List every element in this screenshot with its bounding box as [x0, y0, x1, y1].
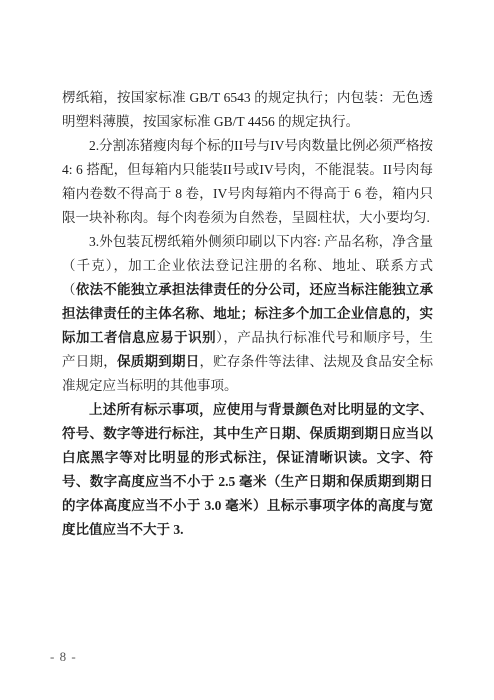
paragraph: 上述所有标示事项，应使用与背景颜色对比明显的文字、符号、数字等进行标注，其中生产… — [62, 398, 433, 542]
text-segment: 2.分割冻猪瘦肉每个标的II号与IV号肉数量比例必须严格按 4: 6 搭配，但每… — [62, 138, 433, 225]
text-segment: 楞纸箱，按国家标准 GB/T 6543 的规定执行；内包装：无色透明塑料薄膜，按… — [62, 90, 433, 129]
paragraph: 楞纸箱，按国家标准 GB/T 6543 的规定执行；内包装：无色透明塑料薄膜，按… — [62, 86, 433, 134]
paragraph: 3.外包装瓦楞纸箱外侧须印刷以下内容: 产品名称，净含量（千克），加工企业依法登… — [62, 230, 433, 398]
document-page: 楞纸箱，按国家标准 GB/T 6543 的规定执行；内包装：无色透明塑料薄膜，按… — [0, 0, 494, 700]
text-segment-bold: 上述所有标示事项，应使用与背景颜色对比明显的文字、符号、数字等进行标注，其中生产… — [62, 402, 433, 537]
document-body: 楞纸箱，按国家标准 GB/T 6543 的规定执行；内包装：无色透明塑料薄膜，按… — [62, 86, 433, 542]
paragraph: 2.分割冻猪瘦肉每个标的II号与IV号肉数量比例必须严格按 4: 6 搭配，但每… — [62, 134, 433, 230]
text-segment-bold: 保质期到期日 — [117, 354, 200, 369]
page-number: - 8 - — [50, 649, 77, 665]
